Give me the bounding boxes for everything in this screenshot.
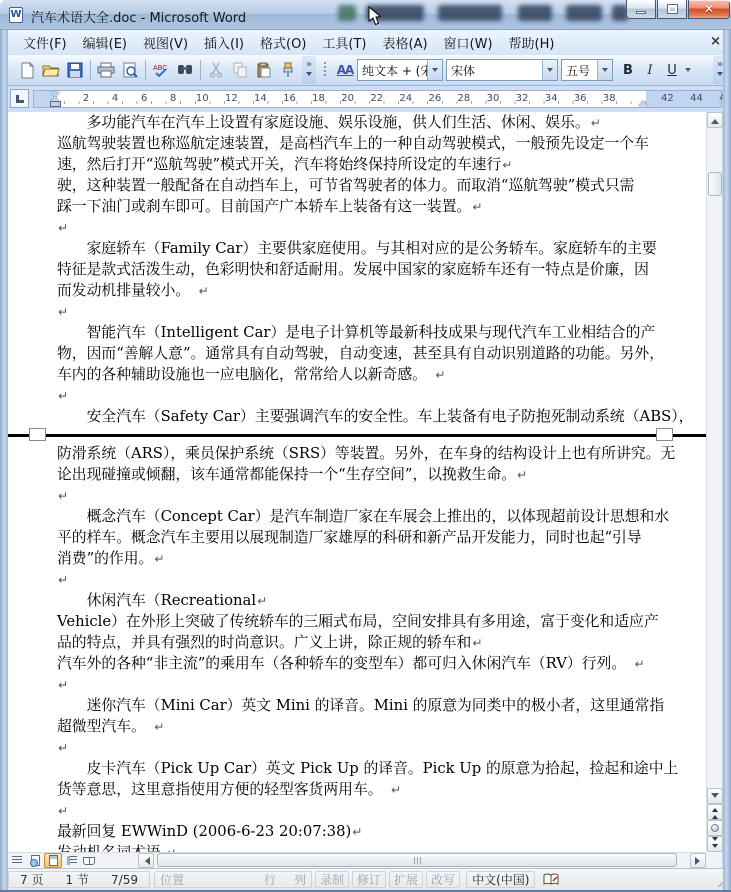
paragraph-mark: ↵ [58,678,68,692]
toolbar-grip[interactable] [324,62,329,78]
document-text-line[interactable]: ↵ [8,385,706,406]
scroll-right-button[interactable] [690,853,706,868]
paragraph-mark: ↵ [58,804,68,818]
menu-item[interactable]: 工具(T) [314,30,374,55]
document-text-line[interactable]: ↵ [8,217,706,238]
censored-overlay [518,5,552,21]
ruler-number: 42 [661,93,674,104]
line-text: 防滑系统（ARS），乘员保护系统（SRS）等装置。另外，在车身的结构设计上也有所… [57,445,675,462]
censored-overlay [566,5,602,21]
paragraph-mark: ↵ [591,116,601,130]
horizontal-ruler[interactable]: 2468101214161820222426283032343638424446 [33,90,722,108]
document-text-line[interactable]: ↵ [8,569,706,590]
line-text: 货等意思，这里意指使用方便的轻型客货两用车。 [57,781,390,798]
line-text: 速，然后打开“巡航驾驶”模式开关，汽车将始终保持所设定的车速行 [57,156,501,173]
bold-button[interactable]: B [617,59,639,81]
line-text: 车内的各种辅助设施也一应电脑化，常常给人以新奇感。 [57,366,434,383]
document-text-line[interactable]: 概念汽车（Concept Car）是汽车制造厂家在车展会上推出的，以体现超前设计… [8,506,706,527]
menu-item[interactable]: 表格(A) [375,30,436,55]
font-size-combobox[interactable]: 五号 [561,59,613,81]
line-text: 皮卡汽车（Pick Up Car）英文 Pick Up 的译音。Pick Up … [57,760,678,777]
word-app-icon [9,7,23,23]
toolbar-separator [145,60,146,80]
document-text-line[interactable]: 踩一下油门或刹车即可。目前国产广本轿车上装备有这一装置。↵ [8,196,706,217]
window-left-border [0,30,8,890]
ruler-number: 10 [196,93,209,104]
ruler-number: 24 [399,93,412,104]
browse-object-ball-icon [711,824,719,832]
ruler-number: 14 [254,93,267,104]
scroll-up-button[interactable] [707,112,723,128]
save-icon [67,62,83,78]
print-preview-icon [122,62,138,78]
toolbar-options-chevron-icon[interactable] [302,56,316,84]
ruler-number: 26 [428,93,441,104]
window-right-border [723,30,731,890]
word-window: 汽车术语大全.doc - Microsoft Word ✕ 文件(F)编辑(E)… [0,0,731,892]
arrow-down-icon [711,793,719,802]
normal-view-icon [12,856,22,865]
document-text-line[interactable]: 防滑系统（ARS），乘员保护系统（SRS）等装置。另外，在车身的结构设计上也有所… [8,443,706,464]
underline-dropdown-arrow-icon[interactable] [683,59,693,81]
menu-items: 文件(F)编辑(E)视图(V)插入(I)格式(O)工具(T)表格(A)窗口(W)… [15,30,562,55]
outline-view-button[interactable] [62,853,80,868]
style-combobox[interactable]: 纯文本 + (宋体 [357,59,443,81]
ruler-number: 32 [516,93,529,104]
paste-icon [256,62,272,78]
paragraph-mark: ↵ [154,552,164,566]
menu-item[interactable]: 视图(V) [135,30,196,55]
document-text-line[interactable]: 多功能汽车在汽车上设置有家庭设施、娱乐设施，供人们生活、休闲、娱乐。↵ [8,112,706,133]
line-text: 家庭轿车（Family Car）主要供家庭使用。与其相对应的是公务轿车。家庭轿车… [57,240,657,257]
document-text-line[interactable]: ↵ [8,737,706,758]
open-button[interactable] [39,58,63,82]
minimize-icon [636,11,646,14]
line-text: 论出现碰撞或倾翻，该车通常都能保持一个“生存空间”，以挽救生命。 [57,466,516,483]
document-text-line[interactable]: 发动机名词术语 ↵ [8,842,706,852]
language-indicator[interactable]: 中文(中国) [466,871,535,888]
document-text-line[interactable]: ↵ [8,674,706,695]
line-text: 平的样车。概念汽车主要用以展现制造厂家雄厚的科研和新产品开发能力，同时也起“引导 [57,529,642,546]
line-text: 发动机名词术语 [57,844,165,852]
toolbar-row: ABC 纯文本 + (宋体 宋体 五号 [0,55,731,86]
document-text-line[interactable]: 平的样车。概念汽车主要用以展现制造厂家雄厚的科研和新产品开发能力，同时也起“引导 [8,527,706,548]
line-text: 智能汽车（Intelligent Car）是电子计算机等最新科技成果与现代汽车工… [57,324,655,341]
location-label: 位置 [160,871,184,888]
new-document-icon [19,62,36,79]
document-text-line[interactable]: 家庭轿车（Family Car）主要供家庭使用。与其相对应的是公务轿车。家庭轿车… [8,238,706,259]
menu-item[interactable]: 窗口(W) [436,30,501,55]
font-combobox[interactable]: 宋体 [446,59,558,81]
chevron-down-icon[interactable] [597,60,612,80]
document-text-line[interactable]: 智能汽车（Intelligent Car）是电子计算机等最新科技成果与现代汽车工… [8,322,706,343]
scroll-left-button[interactable] [138,853,154,868]
chevron-down-icon[interactable] [427,60,442,80]
censored-overlay [338,5,356,21]
document-text-line[interactable]: 皮卡汽车（Pick Up Car）英文 Pick Up 的译音。Pick Up … [8,758,706,779]
section-number: 1 节 [66,871,89,888]
line-text: 休闲汽车（Recreational [57,592,256,609]
open-folder-icon [42,62,60,78]
menu-item[interactable]: 帮助(H) [501,30,563,55]
line-text: 超微型汽车。 [57,718,153,735]
mode-toggle[interactable]: 修订 [352,871,386,888]
font-value: 宋体 [451,62,542,79]
spelling-grammar-button[interactable]: ABC [149,58,173,82]
paragraph-mark: ↵ [502,158,512,172]
cut-button[interactable] [204,58,228,82]
document-text-line[interactable]: 休闲汽车（Recreational↵ [8,590,706,611]
line-text: 巡航驾驶装置也称巡航定速装置，是高档汽车上的一种自动驾驶模式，一般预先设定一个车 [57,135,649,152]
print-layout-icon [49,855,58,866]
web-layout-view-button[interactable] [26,853,44,868]
document-text-line[interactable]: 汽车外的各种“非主流”的乘用车（各种轿车的变型车）都可归入休闲汽车（RV）行列。… [8,653,706,674]
paragraph-mark: ↵ [257,594,267,608]
line-label: 行 [264,871,276,888]
left-indent-marker[interactable] [51,102,60,106]
page-break-margin-square [29,428,46,441]
arrow-up-icon [711,115,719,124]
page-of-total: 7/59 [111,873,138,887]
mode-toggle[interactable]: 改写 [426,871,460,888]
mouse-cursor [368,6,381,26]
paragraph-mark: ↵ [58,389,68,403]
web-layout-icon [31,855,40,866]
document-text-line[interactable]: 速，然后打开“巡航驾驶”模式开关，汽车将始终保持所设定的车速行↵ [8,154,706,175]
window-title: 汽车术语大全.doc - Microsoft Word [31,7,246,26]
scroll-down-button[interactable] [707,788,723,804]
print-layout-view-button[interactable] [44,853,62,868]
italic-button[interactable]: I [639,59,661,81]
paragraph-mark: ↵ [435,368,445,382]
paragraph-mark: ↵ [472,636,482,650]
spelling-grammar-icon: ABC [153,62,170,78]
print-icon [97,62,115,78]
document-text-line[interactable]: 而发动机排量较小。 ↵ [8,280,706,301]
document-text-line[interactable]: ↵ [8,800,706,821]
document-text-line[interactable]: ↵ [8,485,706,506]
normal-view-button[interactable] [8,853,26,868]
page-number: 7 页 [20,871,43,888]
line-text: 多功能汽车在汽车上设置有家庭设施、娱乐设施，供人们生活、休闲、娱乐。 [57,114,590,131]
ruler-number: 36 [574,93,587,104]
menu-bar: 文件(F)编辑(E)视图(V)插入(I)格式(O)工具(T)表格(A)窗口(W)… [0,30,731,55]
arrow-left-icon [141,857,150,865]
scrollbar-corner [706,852,722,868]
copy-icon [232,62,248,78]
ruler-number: 20 [341,93,354,104]
ruler-number: 22 [370,93,383,104]
ruler-number: 34 [545,93,558,104]
spelling-status-book-icon[interactable] [543,873,559,886]
ruler-number: 8 [170,93,176,104]
line-text: 踩一下油门或刹车即可。目前国产广本轿车上装备有这一装置。 [57,198,471,215]
paragraph-mark: ↵ [635,657,645,671]
document-text-line[interactable]: 安全汽车（Safety Car）主要强调汽车的安全性。车上装备有电子防抱死制动系… [8,406,706,427]
column-label: 列 [294,871,306,888]
ruler-number: 4 [112,93,118,104]
vertical-scrollbar-thumb[interactable] [708,172,722,196]
document-text-line[interactable]: ↵ [8,301,706,322]
document-text-line[interactable]: 论出现碰撞或倾翻，该车通常都能保持一个“生存空间”，以挽救生命。↵ [8,464,706,485]
research-icon [177,62,194,78]
page-break-margin-square [656,428,673,441]
copy-button[interactable] [228,58,252,82]
reading-layout-icon [83,857,95,865]
line-text: 品的特点，并具有强烈的时尚意识。广义上讲，除正规的轿车和 [57,634,471,651]
horizontal-scrollbar-track[interactable] [155,853,689,868]
left-tab-icon [16,95,24,103]
underline-button[interactable]: U [661,59,683,81]
document-text-line[interactable]: 物，因而“善解人意”。通常具有自动驾驶，自动变速，甚至具有自动识别道路的功能。另… [8,343,706,364]
menu-item[interactable]: 文件(F) [15,30,75,55]
menu-item[interactable]: 编辑(E) [75,30,135,55]
paragraph-mark: ↵ [391,783,401,797]
mode-toggles: 录制修订扩展改写 [312,871,460,888]
document-page[interactable]: 多功能汽车在汽车上设置有家庭设施、娱乐设施，供人们生活、休闲、娱乐。↵巡航驾驶装… [8,112,706,852]
toolbar-separator [200,60,201,80]
arrow-right-icon [695,857,704,865]
ruler-number: 2 [83,93,89,104]
document-text-line[interactable]: 车内的各种辅助设施也一应电脑化，常常给人以新奇感。 ↵ [8,364,706,385]
double-arrow-down-icon [712,837,718,851]
line-text: 消费”的作用。 [57,550,153,567]
horizontal-scrollbar-thumb[interactable] [157,853,677,867]
ruler-number: 16 [283,93,296,104]
document-text-line[interactable]: 超微型汽车。 ↵ [8,716,706,737]
chevron-down-icon[interactable] [542,60,557,80]
paragraph-mark: ↵ [352,825,362,839]
double-arrow-up-icon [712,805,718,819]
ruler-number: 6 [141,93,147,104]
paragraph-mark: ↵ [58,573,68,587]
paste-button[interactable] [252,58,276,82]
reading-layout-view-button[interactable] [80,853,98,868]
title-bar[interactable]: 汽车术语大全.doc - Microsoft Word ✕ [0,0,731,30]
next-page-button[interactable] [707,836,723,852]
document-close-button[interactable]: × [710,34,721,49]
page-break-line [8,427,706,443]
ruler-right-margin-zone [646,91,721,107]
paragraph-mark: ↵ [58,741,68,755]
close-icon: ✕ [704,3,714,15]
line-text: 最新回复 EWWinD (2006-6-23 20:07:38) [57,823,351,840]
paragraph-mark: ↵ [58,489,68,503]
page-status-segment: 7 页 1 节 7/59 [8,871,150,888]
outline-view-icon [67,856,77,865]
print-button[interactable] [94,58,118,82]
horizontal-scrollbar-row [8,852,706,868]
format-painter-button[interactable] [276,58,300,82]
line-text: Vehicle）在外形上突破了传统轿车的三厢式布局，空间安排具有多用途，富于变化… [57,613,659,630]
ruler-number: 44 [690,93,703,104]
document-text-line[interactable]: Vehicle）在外形上突破了传统轿车的三厢式布局，空间安排具有多用途，富于变化… [8,611,706,632]
document-text-line[interactable]: 驶，这种装置一般配备在自动挡车上，可节省驾驶者的体力。而取消“巡航驾驶”模式只需 [8,175,706,196]
paragraph-mark: ↵ [58,305,68,319]
restore-icon [668,5,677,13]
cut-icon [209,62,223,78]
paragraph-mark: ↵ [472,200,482,214]
paragraph-mark: ↵ [58,221,68,235]
line-text: 汽车外的各种“非主流”的乘用车（各种轿车的变型车）都可归入休闲汽车（RV）行列。 [57,655,634,672]
hanging-indent-marker[interactable] [50,91,60,102]
mode-toggle[interactable]: 扩展 [389,871,423,888]
document-text-line[interactable]: 特征是款式活泼生动，色彩明快和舒适耐用。发展中国家的家庭轿车还有一特点是价廉，因 [8,259,706,280]
document-text-line[interactable]: 最新回复 EWWinD (2006-6-23 20:07:38)↵ [8,821,706,842]
vertical-scrollbar[interactable] [706,112,722,852]
research-button[interactable] [173,58,197,82]
censored-overlay [438,5,502,21]
position-status-segment: 位置 行 列 [154,871,312,888]
new-document-button[interactable] [15,58,39,82]
format-painter-icon [281,62,295,78]
styles-and-formatting-icon[interactable] [333,58,357,82]
line-text: 安全汽车（Safety Car）主要强调汽车的安全性。车上装备有电子防抱死制动系… [57,408,693,425]
status-bar: 7 页 1 节 7/59 位置 行 列 录制修订扩展改写 中文(中国) [0,868,731,890]
ruler-number: 12 [225,93,238,104]
close-button[interactable]: ✕ [688,0,730,19]
line-text: 驶，这种装置一般配备在自动挡车上，可节省驾驶者的体力。而取消“巡航驾驶”模式只需 [57,177,634,194]
minimize-button[interactable] [626,0,656,19]
paragraph-mark: ↵ [154,720,164,734]
tab-selector-button[interactable] [10,89,29,108]
document-text-line[interactable]: 消费”的作用。↵ [8,548,706,569]
document-text-line[interactable]: 迷你汽车（Mini Car）英文 Mini 的译音。Mini 的原意为同类中的极… [8,695,706,716]
style-value: 纯文本 + (宋体 [362,62,427,79]
line-text: 迷你汽车（Mini Car）英文 Mini 的译音。Mini 的原意为同类中的极… [57,697,664,714]
select-browse-object-button[interactable] [707,820,723,836]
menu-item[interactable]: 格式(O) [252,30,314,55]
restore-button[interactable] [657,0,687,19]
save-button[interactable] [63,58,87,82]
ruler-ticks [64,101,648,104]
mode-toggle[interactable]: 录制 [315,871,349,888]
ruler-number: 38 [603,93,616,104]
menu-item[interactable]: 插入(I) [196,30,252,55]
line-text: 而发动机排量较小。 [57,282,198,299]
ruler-number: 18 [312,93,325,104]
ruler-row: 2468101214161820222426283032343638424446 [8,86,722,112]
font-size-value: 五号 [566,62,597,79]
document-text-line[interactable]: 巡航驾驶装置也称巡航定速装置，是高档汽车上的一种自动驾驶模式，一般预先设定一个车 [8,133,706,154]
ruler-number: 28 [458,93,471,104]
paragraph-mark: ↵ [199,284,209,298]
ruler-number: 30 [487,93,500,104]
right-indent-marker[interactable] [638,95,648,106]
line-text: 物，因而“善解人意”。通常具有自动驾驶，自动变速，甚至具有自动识别道路的功能。另… [57,345,664,362]
print-preview-button[interactable] [118,58,142,82]
previous-page-button[interactable] [707,804,723,820]
line-text: 特征是款式活泼生动，色彩明快和舒适耐用。发展中国家的家庭轿车还有一特点是价廉，因 [57,261,649,278]
line-text: 概念汽车（Concept Car）是汽车制造厂家在车展会上推出的，以体现超前设计… [57,508,669,525]
toolbar-separator [90,60,91,80]
document-text-line[interactable]: 货等意思，这里意指使用方便的轻型客货两用车。 ↵ [8,779,706,800]
paragraph-mark: ↵ [517,468,527,482]
document-text-line[interactable]: 品的特点，并具有强烈的时尚意识。广义上讲，除正规的轿车和↵ [8,632,706,653]
